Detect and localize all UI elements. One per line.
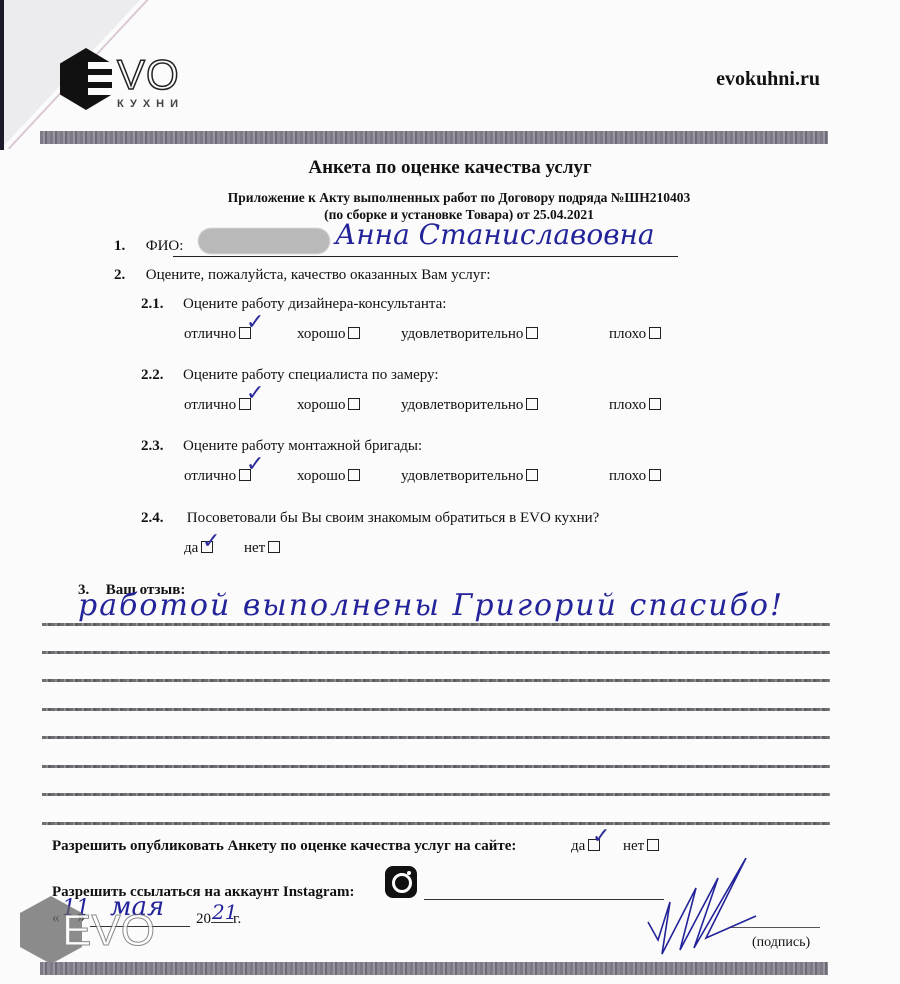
- option-label: нет: [244, 540, 265, 556]
- publish-no-option[interactable]: нет: [623, 838, 659, 855]
- fio-handwritten: Анна Станиславовна: [335, 218, 655, 251]
- question-2-1: 2.1.Оцените работу дизайнера-консультант…: [141, 296, 446, 313]
- footer-divider: [40, 962, 828, 975]
- checkmark-icon: ✓: [592, 826, 610, 848]
- subtitle-line-1: Приложение к Акту выполненных работ по Д…: [0, 189, 900, 206]
- question-label: Оцените работу специалиста по замеру:: [183, 367, 439, 383]
- rating-option[interactable]: удовлетворительно: [401, 468, 538, 485]
- checkmark-icon: ✓: [202, 531, 220, 553]
- checkmark-icon: ✓: [246, 454, 264, 476]
- scan-edge: [0, 0, 4, 150]
- publish-label: Разрешить опубликовать Анкету по оценке …: [52, 838, 516, 854]
- option-label: удовлетворительно: [401, 468, 523, 484]
- checkmark-icon: ✓: [246, 312, 264, 334]
- option-label: хорошо: [297, 397, 345, 413]
- question-label: Оцените работу монтажной бригады:: [183, 438, 422, 454]
- option-label: плохо: [609, 326, 646, 342]
- rating-option[interactable]: плохо: [609, 397, 661, 414]
- option-label: нет: [623, 838, 644, 854]
- question-number: 1.: [114, 238, 142, 255]
- option-label: отлично: [184, 468, 236, 484]
- rating-checkbox[interactable]: [649, 327, 661, 339]
- option-label: плохо: [609, 468, 646, 484]
- rating-option[interactable]: отлично: [184, 326, 251, 343]
- rating-option[interactable]: хорошо: [297, 326, 360, 343]
- rating-checkbox[interactable]: [649, 398, 661, 410]
- option-label: удовлетворительно: [401, 397, 523, 413]
- publish-permission: Разрешить опубликовать Анкету по оценке …: [52, 838, 516, 855]
- header-divider: [40, 131, 828, 144]
- signature-caption: (подпись): [752, 935, 810, 951]
- redacted-surname: [198, 228, 330, 254]
- question-number: 2.3.: [141, 438, 183, 455]
- instagram-account-field[interactable]: [424, 899, 664, 900]
- rating-checkbox[interactable]: [526, 469, 538, 481]
- question-number: 2.4.: [141, 510, 183, 527]
- question-number: 2.2.: [141, 367, 183, 384]
- review-handwritten: работой выполнены Григорий спасибо!: [78, 588, 784, 623]
- question-2-3: 2.3.Оцените работу монтажной бригады:: [141, 438, 422, 455]
- option-label: хорошо: [297, 468, 345, 484]
- rating-checkbox[interactable]: [649, 469, 661, 481]
- checkbox-no[interactable]: [647, 839, 659, 851]
- option-label: отлично: [184, 397, 236, 413]
- document-page: VO КУХНИ evokuhni.ru Анкета по оценке ка…: [0, 0, 900, 984]
- option-label: да: [184, 540, 198, 556]
- rating-checkbox[interactable]: [526, 327, 538, 339]
- question-2-2: 2.2.Оцените работу специалиста по замеру…: [141, 367, 439, 384]
- rating-option[interactable]: хорошо: [297, 468, 360, 485]
- question-label: Оцените работу дизайнера-консультанта:: [183, 296, 446, 312]
- checkmark-icon: ✓: [246, 383, 264, 405]
- rating-checkbox[interactable]: [526, 398, 538, 410]
- document-title: Анкета по оценке качества услуг: [0, 157, 900, 179]
- question-1: 1. ФИО:: [114, 238, 183, 255]
- rating-option[interactable]: удовлетворительно: [401, 397, 538, 414]
- rating-checkbox[interactable]: [348, 398, 360, 410]
- recommend-no-option[interactable]: нет: [244, 540, 280, 557]
- instagram-label: Разрешить ссылаться на аккаунт Instagram…: [52, 884, 355, 900]
- rating-option[interactable]: плохо: [609, 468, 661, 485]
- instagram-permission: Разрешить ссылаться на аккаунт Instagram…: [52, 884, 355, 901]
- checkbox-no[interactable]: [268, 541, 280, 553]
- question-label: Оцените, пожалуйста, качество оказанных …: [146, 267, 491, 283]
- option-label: да: [571, 838, 585, 854]
- rating-option[interactable]: плохо: [609, 326, 661, 343]
- question-2-4: 2.4. Посоветовали бы Вы своим знакомым о…: [141, 510, 599, 527]
- rating-option[interactable]: удовлетворительно: [401, 326, 538, 343]
- rating-option[interactable]: отлично: [184, 468, 251, 485]
- option-label: плохо: [609, 397, 646, 413]
- date-year-handwritten: 21: [212, 900, 237, 924]
- option-label: хорошо: [297, 326, 345, 342]
- year-prefix: 20: [196, 911, 211, 927]
- question-number: 2.: [114, 267, 142, 284]
- fio-field-line[interactable]: [173, 256, 678, 257]
- watermark-text: EVO: [62, 906, 155, 956]
- option-label: отлично: [184, 326, 236, 342]
- logo-subtitle: КУХНИ: [117, 98, 184, 110]
- question-number: 2.1.: [141, 296, 183, 313]
- rating-option[interactable]: хорошо: [297, 397, 360, 414]
- fio-label: ФИО:: [146, 238, 184, 254]
- logo-text: VO: [117, 54, 180, 96]
- question-label: Посоветовали бы Вы своим знакомым обрати…: [187, 510, 600, 526]
- website-link[interactable]: evokuhni.ru: [716, 68, 820, 91]
- rating-checkbox[interactable]: [348, 327, 360, 339]
- signature-scribble: [636, 858, 766, 968]
- option-label: удовлетворительно: [401, 326, 523, 342]
- question-2: 2. Оцените, пожалуйста, качество оказанн…: [114, 267, 491, 284]
- instagram-icon: [385, 866, 417, 898]
- rating-checkbox[interactable]: [348, 469, 360, 481]
- rating-option[interactable]: отлично: [184, 397, 251, 414]
